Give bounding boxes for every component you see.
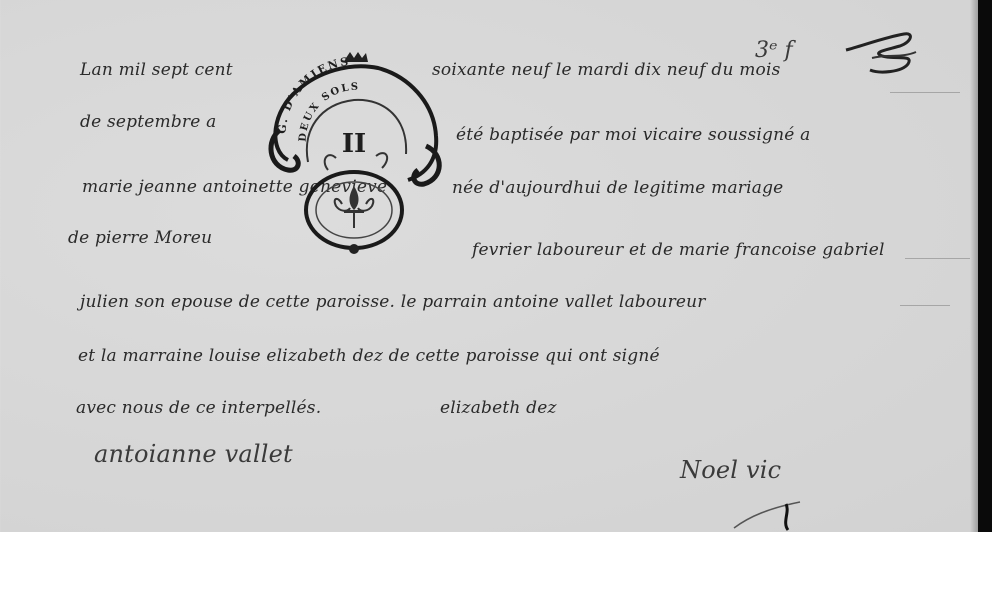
record-line-4-right: fevrier laboureur et de marie francoise … xyxy=(472,240,885,260)
record-line-4-left: de pierre Moreu xyxy=(68,228,212,248)
line-end-flourish xyxy=(900,305,950,306)
priest-signature: Noel vic xyxy=(680,456,781,484)
witness-signature-elizabeth: elizabeth dez xyxy=(440,398,557,418)
line-end-flourish xyxy=(890,92,960,93)
record-line-6: et la marraine louise elizabeth dez de c… xyxy=(78,346,660,366)
scan-border xyxy=(978,0,992,532)
scanned-document: 3ᵉ f Lan mil sept cent soixante neuf le … xyxy=(0,0,992,532)
signature-paraph-icon xyxy=(730,488,820,532)
svg-text:II: II xyxy=(342,129,366,159)
record-line-1-left: Lan mil sept cent xyxy=(80,60,233,80)
record-line-7-left: avec nous de ce interpellés. xyxy=(76,398,321,418)
godfather-signature: antoianne vallet xyxy=(94,440,293,468)
line-end-flourish xyxy=(905,258,970,259)
record-line-1-right: soixante neuf le mardi dix neuf du mois xyxy=(432,60,781,80)
tax-stamp-icon: G. D'AMIENS DEUX SOLS II xyxy=(258,50,448,255)
record-line-2-right: été baptisée par moi vicaire soussigné a xyxy=(456,125,810,145)
record-line-3-right: née d'aujourdhui de legitime mariage xyxy=(452,178,783,198)
record-line-2-left: de septembre a xyxy=(80,112,216,132)
paraph-flourish-icon xyxy=(842,28,922,78)
record-line-5: julien son epouse de cette paroisse. le … xyxy=(80,292,706,312)
